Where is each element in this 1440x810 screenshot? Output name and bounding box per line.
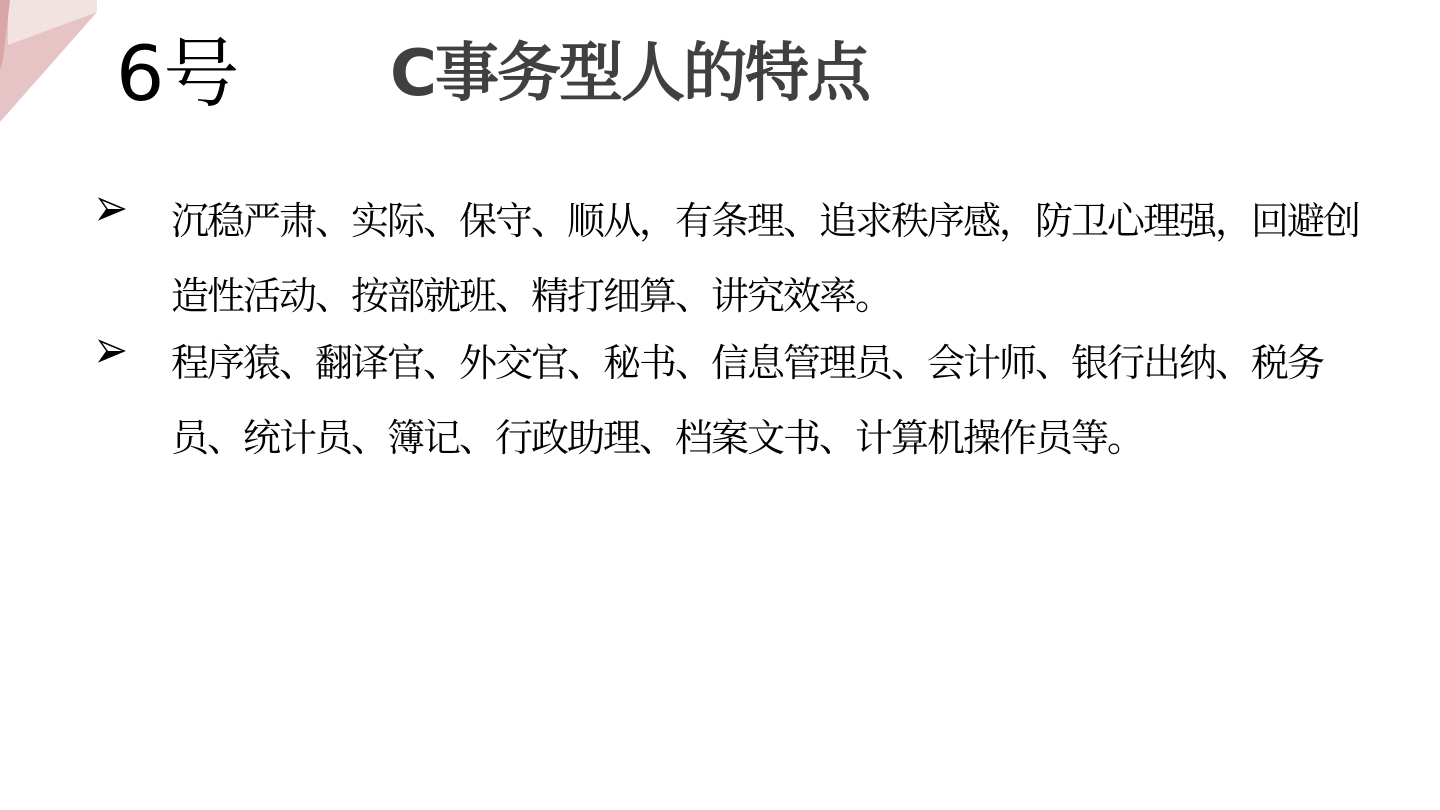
arrowhead-bullet-icon xyxy=(98,197,126,221)
slide-title: C事务型人的特点 xyxy=(390,34,869,114)
bullet-text: 程序猿、翻译官、外交官、秘书、信息管理员、会计师、银行出纳、税务员、统计员、簿记… xyxy=(171,326,1376,476)
arrowhead-bullet-icon xyxy=(98,339,126,363)
bullet-text: 沉稳严肃、实际、保守、顺从，有条理、追求秩序感，防卫心理强，回避创造性活动、按部… xyxy=(171,184,1376,334)
bullet-item: 沉稳严肃、实际、保守、顺从，有条理、追求秩序感，防卫心理强，回避创造性活动、按部… xyxy=(96,184,1376,334)
corner-decoration-icon xyxy=(0,0,100,130)
slide-number: 6号 xyxy=(116,28,238,120)
bullet-item: 程序猿、翻译官、外交官、秘书、信息管理员、会计师、银行出纳、税务员、统计员、簿记… xyxy=(96,326,1376,476)
slide: 6号 C事务型人的特点 沉稳严肃、实际、保守、顺从，有条理、追求秩序感，防卫心理… xyxy=(0,0,1440,810)
bullet-list: 沉稳严肃、实际、保守、顺从，有条理、追求秩序感，防卫心理强，回避创造性活动、按部… xyxy=(96,196,1376,480)
